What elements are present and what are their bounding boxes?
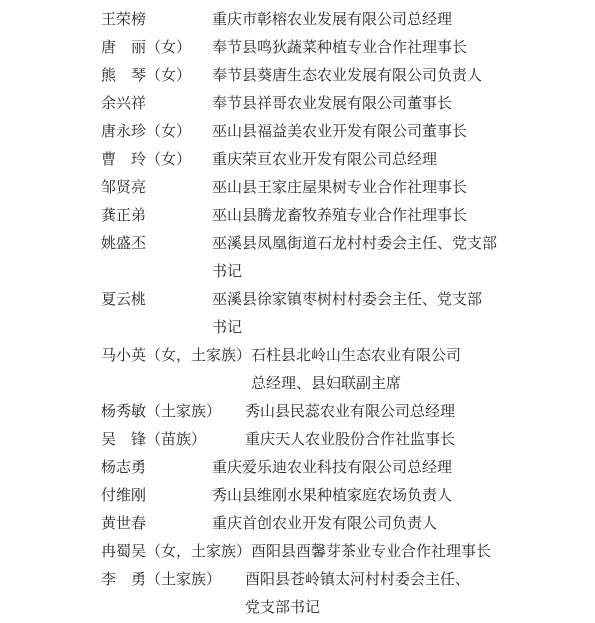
person-name: 余兴祥 (101, 90, 212, 118)
person-name: 黄世春 (101, 510, 212, 538)
person-title-line: 重庆首创农业开发有限公司负责人 (212, 510, 595, 538)
list-item: 姚盛丕 巫溪县凤凰街道石龙村村委会主任、党支部 书记 (101, 230, 595, 286)
person-name: 杨秀敏（土家族） (101, 398, 245, 426)
person-title: 酉阳县酉馨芽茶业专业合作社理事长 (251, 538, 595, 566)
person-title: 巫溪县徐家镇枣树村村委会主任、党支部 书记 (212, 286, 595, 342)
person-title: 重庆爱乐迪农业科技有限公司总经理 (212, 454, 595, 482)
list-item: 曹 玲（女） 重庆荣亘农业开发有限公司总经理 (101, 146, 595, 174)
person-title: 重庆天人农业股份合作社监事长 (245, 426, 595, 454)
person-name: 唐永珍（女） (101, 118, 212, 146)
list-item: 杨志勇 重庆爱乐迪农业科技有限公司总经理 (101, 454, 595, 482)
person-name: 夏云桃 (101, 286, 212, 314)
person-name: 吴 锋（苗族） (101, 426, 245, 454)
list-item: 龚正弟 巫山县腾龙畜牧养殖专业合作社理事长 (101, 202, 595, 230)
person-title-line: 巫山县腾龙畜牧养殖专业合作社理事长 (212, 202, 595, 230)
person-name: 熊 琴（女） (101, 62, 212, 90)
person-name: 龚正弟 (101, 202, 212, 230)
person-name: 李 勇（土家族） (101, 566, 245, 594)
list-item: 冉蜀吴（女，土家族） 酉阳县酉馨芽茶业专业合作社理事长 (101, 538, 595, 566)
person-name: 付维刚 (101, 482, 212, 510)
person-title: 巫山县腾龙畜牧养殖专业合作社理事长 (212, 202, 595, 230)
person-title-line: 重庆荣亘农业开发有限公司总经理 (212, 146, 595, 174)
list-item: 王荣榜 重庆市彰榕农业发展有限公司总经理 (101, 6, 595, 34)
person-name: 唐 丽（女） (101, 34, 212, 62)
person-title: 巫溪县凤凰街道石龙村村委会主任、党支部 书记 (212, 230, 595, 286)
person-title-line: 重庆市彰榕农业发展有限公司总经理 (212, 6, 595, 34)
list-item: 唐永珍（女） 巫山县福益美农业开发有限公司董事长 (101, 118, 595, 146)
person-title-line: 秀山县民蕊农业有限公司总经理 (245, 398, 595, 426)
person-title: 奉节县葵唐生态农业发展有限公司负责人 (212, 62, 595, 90)
document-page: 王荣榜 重庆市彰榕农业发展有限公司总经理 唐 丽（女） 奉节县鸣狄蔬菜种植专业合… (0, 0, 595, 623)
person-name: 杨志勇 (101, 454, 212, 482)
person-name: 姚盛丕 (101, 230, 212, 258)
person-name: 马小英（女，土家族） (101, 342, 251, 370)
person-title-line: 重庆爱乐迪农业科技有限公司总经理 (212, 454, 595, 482)
list-item: 杨秀敏（土家族） 秀山县民蕊农业有限公司总经理 (101, 398, 595, 426)
person-title-line: 奉节县鸣狄蔬菜种植专业合作社理事长 (212, 34, 595, 62)
person-name: 邹贤亮 (101, 174, 212, 202)
person-title-line: 奉节县祥哥农业发展有限公司董事长 (212, 90, 595, 118)
person-title: 石柱县北岭山生态农业有限公司 总经理、县妇联副主席 (251, 342, 595, 398)
list-item: 唐 丽（女） 奉节县鸣狄蔬菜种植专业合作社理事长 (101, 34, 595, 62)
person-title: 重庆荣亘农业开发有限公司总经理 (212, 146, 595, 174)
list-item: 付维刚 秀山县维刚水果种植家庭农场负责人 (101, 482, 595, 510)
person-title: 酉阳县苍岭镇太河村村委会主任、 党支部书记 (245, 566, 595, 622)
person-title-line: 石柱县北岭山生态农业有限公司 (251, 342, 595, 370)
list-item: 熊 琴（女） 奉节县葵唐生态农业发展有限公司负责人 (101, 62, 595, 90)
list-item: 黄世春 重庆首创农业开发有限公司负责人 (101, 510, 595, 538)
person-title: 奉节县鸣狄蔬菜种植专业合作社理事长 (212, 34, 595, 62)
list-item: 李 勇（土家族） 酉阳县苍岭镇太河村村委会主任、 党支部书记 (101, 566, 595, 622)
person-title-line: 巫山县福益美农业开发有限公司董事长 (212, 118, 595, 146)
person-title-line: 书记 (212, 314, 595, 342)
person-title-line: 书记 (212, 258, 595, 286)
person-name: 王荣榜 (101, 6, 212, 34)
list-item: 马小英（女，土家族） 石柱县北岭山生态农业有限公司 总经理、县妇联副主席 (101, 342, 595, 398)
list-item: 吴 锋（苗族） 重庆天人农业股份合作社监事长 (101, 426, 595, 454)
person-title: 巫山县王家庄屋果树专业合作社理事长 (212, 174, 595, 202)
person-title: 秀山县民蕊农业有限公司总经理 (245, 398, 595, 426)
person-title-line: 重庆天人农业股份合作社监事长 (245, 426, 595, 454)
person-title: 重庆市彰榕农业发展有限公司总经理 (212, 6, 595, 34)
person-title-line: 酉阳县苍岭镇太河村村委会主任、 (245, 566, 595, 594)
person-name: 冉蜀吴（女，土家族） (101, 538, 251, 566)
list-item: 邹贤亮 巫山县王家庄屋果树专业合作社理事长 (101, 174, 595, 202)
person-title: 奉节县祥哥农业发展有限公司董事长 (212, 90, 595, 118)
person-name: 曹 玲（女） (101, 146, 212, 174)
person-title-line: 总经理、县妇联副主席 (251, 370, 595, 398)
person-title: 重庆首创农业开发有限公司负责人 (212, 510, 595, 538)
person-title-line: 奉节县葵唐生态农业发展有限公司负责人 (212, 62, 595, 90)
person-title-line: 巫溪县徐家镇枣树村村委会主任、党支部 (212, 286, 595, 314)
person-title-line: 巫溪县凤凰街道石龙村村委会主任、党支部 (212, 230, 595, 258)
person-title: 秀山县维刚水果种植家庭农场负责人 (212, 482, 595, 510)
person-title: 巫山县福益美农业开发有限公司董事长 (212, 118, 595, 146)
list-item: 余兴祥 奉节县祥哥农业发展有限公司董事长 (101, 90, 595, 118)
person-title-line: 党支部书记 (245, 594, 595, 622)
person-title-line: 巫山县王家庄屋果树专业合作社理事长 (212, 174, 595, 202)
person-title-line: 酉阳县酉馨芽茶业专业合作社理事长 (251, 538, 595, 566)
list-item: 夏云桃 巫溪县徐家镇枣树村村委会主任、党支部 书记 (101, 286, 595, 342)
person-title-line: 秀山县维刚水果种植家庭农场负责人 (212, 482, 595, 510)
